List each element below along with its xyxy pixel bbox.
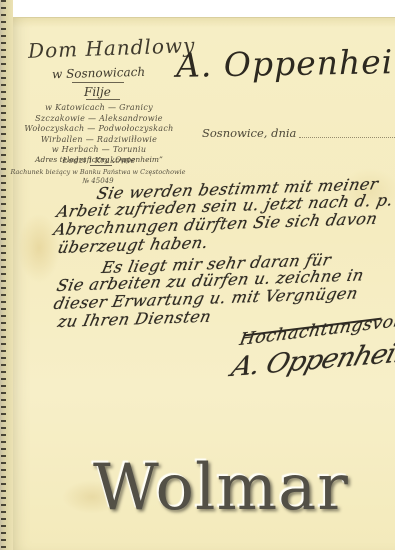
letterhead-branches-title: Filje: [84, 85, 111, 99]
wolmar-watermark: Wolmar: [93, 456, 349, 520]
telegraph-address: Adres telegraficzny „Oppenheim”: [20, 155, 178, 164]
firm-name-script: A. Oppenheim: [176, 42, 395, 85]
bank-account-line: Rachunek bieżący w Banku Państwa w Częst…: [10, 168, 186, 176]
branch-line: Wirballen — Radziwiłłowie: [22, 135, 176, 146]
dateline-place: Sosnowice, dnia: [202, 126, 296, 140]
branch-line: w Katowicach — Granicy: [22, 103, 176, 114]
dateline: Sosnowice, dnia 191: [202, 126, 395, 140]
letterhead-rule: [72, 82, 124, 83]
dateline-dotted-rule: [299, 127, 395, 138]
torn-left-edge: [0, 0, 13, 550]
branch-line: w Herbach — Toruniu: [22, 145, 176, 156]
binding-tick-marks: [1, 0, 6, 550]
branch-line: Szczakowie — Aleksandrowie: [22, 114, 176, 125]
letterhead-location: w Sosnowicach: [52, 65, 145, 81]
letterhead-rule: [86, 99, 120, 100]
letterhead-rule: [90, 165, 112, 166]
branch-line: Wołoczyskach — Podwołoczyskach: [22, 124, 176, 135]
paper-stain: [18, 213, 60, 283]
letter-scan: Dom Handlowy w Sosnowicach Filje w Katow…: [0, 0, 395, 550]
